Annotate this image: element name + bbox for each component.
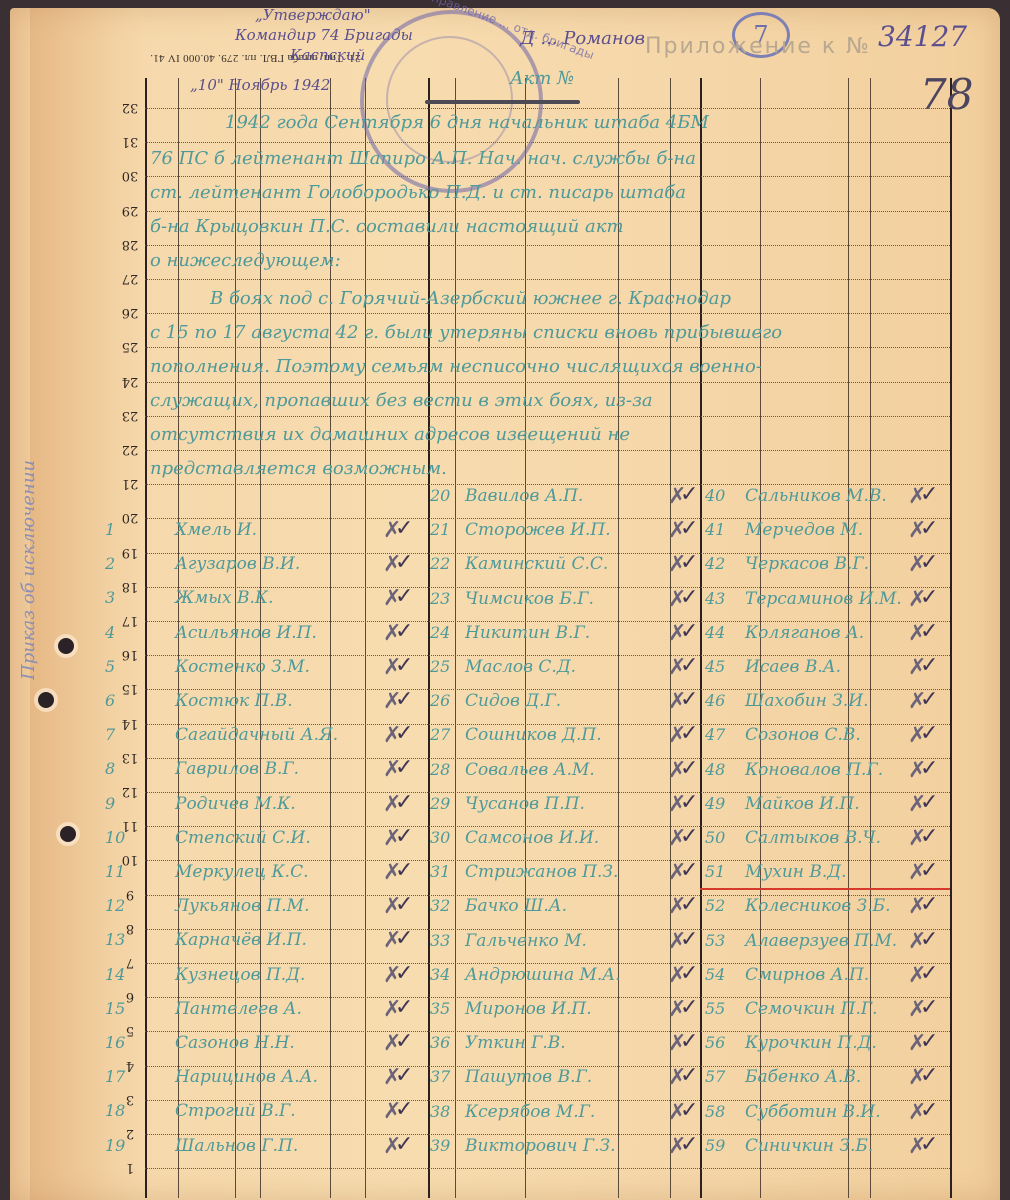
roster-entry-number: 39 [430,1136,450,1155]
row-number: 26 [118,305,142,320]
grid-row-line [145,279,950,280]
roster-entry-name: Созонов С.В. [745,725,861,745]
roster-entry-number: 30 [430,828,450,847]
approval-line-1: „Утверждаю" [255,6,371,24]
roster-entry-name: Черкасов В.Г. [745,554,869,574]
cross-mark-icon: ✗ [908,1065,926,1090]
cross-mark-icon: ✗ [383,552,401,577]
cross-mark-icon: ✗ [908,963,926,988]
row-number: 31 [118,134,142,149]
roster-entry-number: 25 [430,657,450,676]
roster-entry-name: Исаев В.А. [745,657,841,677]
roster-entry-name: Шальнов Г.П. [175,1136,298,1156]
grid-row-line [145,142,950,143]
roster-entry-name: Викторович Г.З. [465,1136,616,1156]
cross-mark-icon: ✗ [668,1134,686,1159]
cross-mark-icon: ✗ [668,929,686,954]
roster-entry-name: Семочкин П.Г. [745,999,878,1019]
row-number: 29 [118,203,142,218]
row-number: 17 [118,613,142,628]
cross-mark-icon: ✗ [668,723,686,748]
cross-mark-icon: ✗ [908,997,926,1022]
cross-mark-icon: ✗ [668,826,686,851]
roster-entry-name: Гаврилов В.Г. [175,759,299,779]
roster-entry-number: 11 [105,862,125,881]
roster-entry-name: Сагайдачный А.Я. [175,725,338,745]
grid-row-line [145,347,950,348]
roster-entry-number: 5 [105,657,115,676]
roster-entry-number: 4 [105,623,115,642]
cross-mark-icon: ✗ [668,1100,686,1125]
roster-entry-name: Совальев А.М. [465,760,595,780]
roster-entry-number: 48 [705,760,725,779]
roster-entry-name: Чусанов П.П. [465,794,585,814]
roster-entry-number: 29 [430,794,450,813]
body-line-2: 76 ПС б лейтенант Шапиро А.П. Нач. нач. … [150,148,696,169]
cross-mark-icon: ✗ [668,860,686,885]
cross-mark-icon: ✗ [383,757,401,782]
punch-hole [58,638,74,654]
roster-entry-number: 16 [105,1033,125,1052]
roster-entry-number: 28 [430,760,450,779]
roster-entry-name: Костенко З.М. [175,657,310,677]
grid-column-line [145,78,147,1198]
roster-entry-name: Степский С.И. [175,828,311,848]
roster-entry-name: Агузаров В.И. [175,554,300,574]
roster-entry-number: 27 [430,725,450,744]
cross-mark-icon: ✗ [908,689,926,714]
roster-entry-name: Асильянов И.П. [175,623,317,643]
cross-mark-icon: ✗ [668,1065,686,1090]
roster-entry-name: Сидов Д.Г. [465,691,561,711]
cross-mark-icon: ✗ [383,826,401,851]
row-number: 30 [118,168,142,183]
roster-entry-name: Майков И.П. [745,794,860,814]
cross-mark-icon: ✗ [383,963,401,988]
cross-mark-icon: ✗ [668,997,686,1022]
roster-entry-name: Сазонов Н.Н. [175,1033,295,1053]
row-number: 28 [118,237,142,252]
body-line-9: служащих, пропавших без вести в этих боя… [150,390,653,411]
cross-mark-icon: ✗ [668,963,686,988]
row-number: 25 [118,339,142,354]
roster-entry-number: 9 [105,794,115,813]
cross-mark-icon: ✗ [668,484,686,509]
cross-mark-icon: ✗ [908,758,926,783]
cross-mark-icon: ✗ [383,621,401,646]
roster-entry-number: 36 [430,1033,450,1052]
roster-entry-name: Вавилов А.П. [465,486,583,506]
roster-entry-name: Коновалов П.Г. [745,760,883,780]
roster-entry-number: 58 [705,1102,725,1121]
roster-entry-name: Строгий В.Г. [175,1101,296,1121]
roster-entry-name: Нарицинов А.А. [175,1067,318,1087]
roster-entry-name: Родичев М.К. [175,794,296,814]
body-line-11: представляется возможным. [150,458,447,479]
grid-column-line [618,78,619,1198]
page-number: 78 [920,70,973,119]
roster-entry-name: Бабенко А.В. [745,1067,861,1087]
cross-mark-icon: ✗ [383,894,401,919]
roster-entry-number: 38 [430,1102,450,1121]
roster-entry-name: Чимсиков Б.Г. [465,589,594,609]
roster-entry-name: Мерчедов М. [745,520,863,540]
roster-entry-number: 20 [430,486,450,505]
roster-entry-number: 46 [705,691,725,710]
cross-mark-icon: ✗ [383,997,401,1022]
grid-column-line [365,78,366,1198]
roster-entry-number: 6 [105,691,115,710]
roster-entry-name: Меркулец К.С. [175,862,309,882]
cross-mark-icon: ✗ [668,587,686,612]
roster-entry-number: 26 [430,691,450,710]
row-number: 12 [118,784,142,799]
roster-entry-number: 35 [430,999,450,1018]
cross-mark-icon: ✗ [908,1134,926,1159]
cross-mark-icon: ✗ [908,894,926,919]
roster-entry-number: 49 [705,794,725,813]
body-line-6: В боях под с. Горячий-Азербский южнее г.… [210,288,731,309]
roster-entry-number: 17 [105,1067,125,1086]
roster-entry-name: Костюк П.В. [175,691,293,711]
grid-row-line [145,382,950,383]
grid-row-line [145,108,950,109]
body-line-10: отсутствия их домашних адресов извещений… [150,424,630,445]
roster-entry-number: 50 [705,828,725,847]
roster-entry-number: 24 [430,623,450,642]
roster-entry-number: 43 [705,589,725,608]
row-number: 24 [118,374,142,389]
cross-mark-icon: ✗ [383,518,401,543]
cross-mark-icon: ✗ [383,1134,401,1159]
row-number: 20 [118,510,142,525]
grid-column-line [330,78,331,1198]
roster-entry-number: 56 [705,1033,725,1052]
row-number: 1 [118,1160,142,1175]
roster-entry-name: Андрюшина М.А. [465,965,621,985]
cross-mark-icon: ✗ [668,552,686,577]
roster-entry-name: Бачко Ш.А. [465,896,567,916]
roster-entry-name: Мухин В.Д. [745,862,847,882]
grid-row-line [145,245,950,246]
roster-entry-number: 37 [430,1067,450,1086]
cross-mark-icon: ✗ [668,655,686,680]
roster-entry-name: Пашутов В.Г. [465,1067,592,1087]
roster-entry-name: Хмель И. [175,520,257,540]
act-title: Акт № [510,68,574,89]
roster-entry-number: 1 [105,520,115,539]
cross-mark-icon: ✗ [383,792,401,817]
roster-entry-number: 44 [705,623,725,642]
row-number: 23 [118,408,142,423]
roster-entry-name: Субботин В.И. [745,1102,881,1122]
cross-mark-icon: ✗ [668,792,686,817]
grid-row-line [145,176,950,177]
row-number: 27 [118,271,142,286]
roster-entry-number: 54 [705,965,725,984]
cross-mark-icon: ✗ [908,1100,926,1125]
roster-entry-number: 13 [105,930,125,949]
roster-entry-number: 45 [705,657,725,676]
roster-entry-number: 33 [430,931,450,950]
roster-entry-name: Сошников Д.П. [465,725,602,745]
cross-mark-icon: ✗ [668,1031,686,1056]
roster-entry-name: Стрижанов П.З. [465,862,618,882]
top-annotation: Д ... Романов [520,28,645,49]
roster-entry-name: Коляганов А. [745,623,864,643]
roster-entry-number: 47 [705,725,725,744]
cross-mark-icon: ✗ [908,655,926,680]
cross-mark-icon: ✗ [668,518,686,543]
grid-column-line [455,78,456,1198]
roster-entry-number: 3 [105,588,115,607]
cross-mark-icon: ✗ [908,587,926,612]
cross-mark-icon: ✗ [383,723,401,748]
grid-row-line [145,211,950,212]
roster-entry-name: Сальников М.В. [745,486,887,506]
cross-mark-icon: ✗ [908,621,926,646]
grid-column-line [950,78,952,1198]
cross-mark-icon: ✗ [383,689,401,714]
roster-entry-number: 59 [705,1136,725,1155]
document-number: 34127 [878,20,967,53]
cross-mark-icon: ✗ [908,860,926,885]
roster-entry-name: Миронов И.П. [465,999,592,1019]
body-line-8: пополнения. Поэтому семьям несписочно чи… [150,356,762,377]
cross-mark-icon: ✗ [383,1031,401,1056]
cross-mark-icon: ✗ [383,586,401,611]
roster-entry-name: Алаверзуев П.М. [745,931,897,951]
roster-entry-number: 31 [430,862,450,881]
roster-entry-number: 42 [705,554,725,573]
roster-entry-name: Лукьянов П.М. [175,896,309,916]
act-title-underline [425,100,580,104]
roster-entry-name: Сторожев И.П. [465,520,611,540]
grid-row-line [145,450,950,451]
roster-entry-number: 15 [105,999,125,1018]
row-number: 13 [118,750,142,765]
punch-hole [60,826,76,842]
cross-mark-icon: ✗ [383,860,401,885]
body-line-5: о нижеследующем: [150,250,341,271]
row-number: 16 [118,647,142,662]
row-number: 22 [118,442,142,457]
roster-entry-number: 10 [105,828,125,847]
cross-mark-icon: ✗ [908,1031,926,1056]
roster-entry-number: 8 [105,759,115,778]
roster-entry-number: 32 [430,896,450,915]
grid-row-line [145,313,950,314]
cross-mark-icon: ✗ [383,1065,401,1090]
roster-entry-name: Колесников З.Б. [745,896,891,916]
grid-row-line [145,416,950,417]
approval-date: „10" Ноябрь 1942 [190,76,330,94]
cross-mark-icon: ✗ [908,484,926,509]
cross-mark-icon: ✗ [908,826,926,851]
roster-entry-name: Ксерябов М.Г. [465,1102,595,1122]
row-number: 18 [118,579,142,594]
roster-entry-number: 51 [705,862,725,881]
grid-row-line [145,1168,950,1169]
grid-column-line [700,78,702,1198]
roster-entry-name: Смирнов А.П. [745,965,869,985]
cross-mark-icon: ✗ [668,894,686,919]
punch-hole [38,692,54,708]
roster-entry-number: 21 [430,520,450,539]
roster-entry-number: 53 [705,931,725,950]
body-line-1: 1942 года Сентября 6 дня начальник штаба… [225,112,709,133]
cross-mark-icon: ✗ [668,689,686,714]
roster-entry-name: Маслов С.Д. [465,657,576,677]
roster-entry-number: 14 [105,965,125,984]
row-number: 32 [118,100,142,115]
row-number: 15 [118,681,142,696]
roster-entry-name: Уткин Г.В. [465,1033,566,1053]
cross-mark-icon: ✗ [383,1099,401,1124]
roster-entry-number: 57 [705,1067,725,1086]
cross-mark-icon: ✗ [668,758,686,783]
roster-entry-number: 18 [105,1101,125,1120]
body-line-4: б-на Крыцовкин П.С. составили настоящий … [150,216,624,237]
red-underline [700,888,950,890]
roster-entry-name: Жмых В.К. [175,588,274,608]
roster-entry-number: 22 [430,554,450,573]
roster-entry-number: 12 [105,896,125,915]
body-line-3: ст. лейтенант Голобородько П.Д. и ст. пи… [150,182,686,203]
roster-entry-number: 19 [105,1136,125,1155]
cross-mark-icon: ✗ [908,723,926,748]
row-number: 21 [118,476,142,491]
body-line-7: с 15 по 17 августа 42 г. были утеряны сп… [150,322,782,343]
roster-entry-number: 55 [705,999,725,1018]
row-number: 14 [118,716,142,731]
roster-entry-name: Гальченко М. [465,931,587,951]
roster-entry-name: Карначёв И.П. [175,930,307,950]
roster-entry-name: Шахобин З.И. [745,691,869,711]
cross-mark-icon: ✗ [383,928,401,953]
roster-entry-number: 41 [705,520,725,539]
attachment-label: Приложение к № [645,34,871,59]
roster-entry-name: Пантелеев А. [175,999,302,1019]
roster-entry-name: Самсонов И.И. [465,828,599,848]
roster-entry-number: 7 [105,725,115,744]
roster-entry-number: 2 [105,554,115,573]
cross-mark-icon: ✗ [908,792,926,817]
row-number: 19 [118,545,142,560]
cross-mark-icon: ✗ [668,621,686,646]
cross-mark-icon: ✗ [383,655,401,680]
margin-note: Приказ об исключении [18,460,39,680]
roster-entry-name: Курочкин П.Д. [745,1033,877,1053]
approval-line-3: Каспский [290,46,365,64]
roster-entry-number: 23 [430,589,450,608]
grid-column-line [870,78,871,1198]
roster-entry-name: Каминский С.С. [465,554,608,574]
roster-entry-number: 34 [430,965,450,984]
roster-entry-name: Салтыков В.Ч. [745,828,881,848]
roster-entry-name: Кузнецов П.Д. [175,965,305,985]
cross-mark-icon: ✗ [908,929,926,954]
roster-entry-name: Терсаминов И.М. [745,589,902,609]
roster-entry-name: Синичкин З.Б. [745,1136,873,1156]
roster-entry-number: 40 [705,486,725,505]
cross-mark-icon: ✗ [908,518,926,543]
roster-entry-name: Никитин В.Г. [465,623,590,643]
roster-entry-number: 52 [705,896,725,915]
cross-mark-icon: ✗ [908,552,926,577]
